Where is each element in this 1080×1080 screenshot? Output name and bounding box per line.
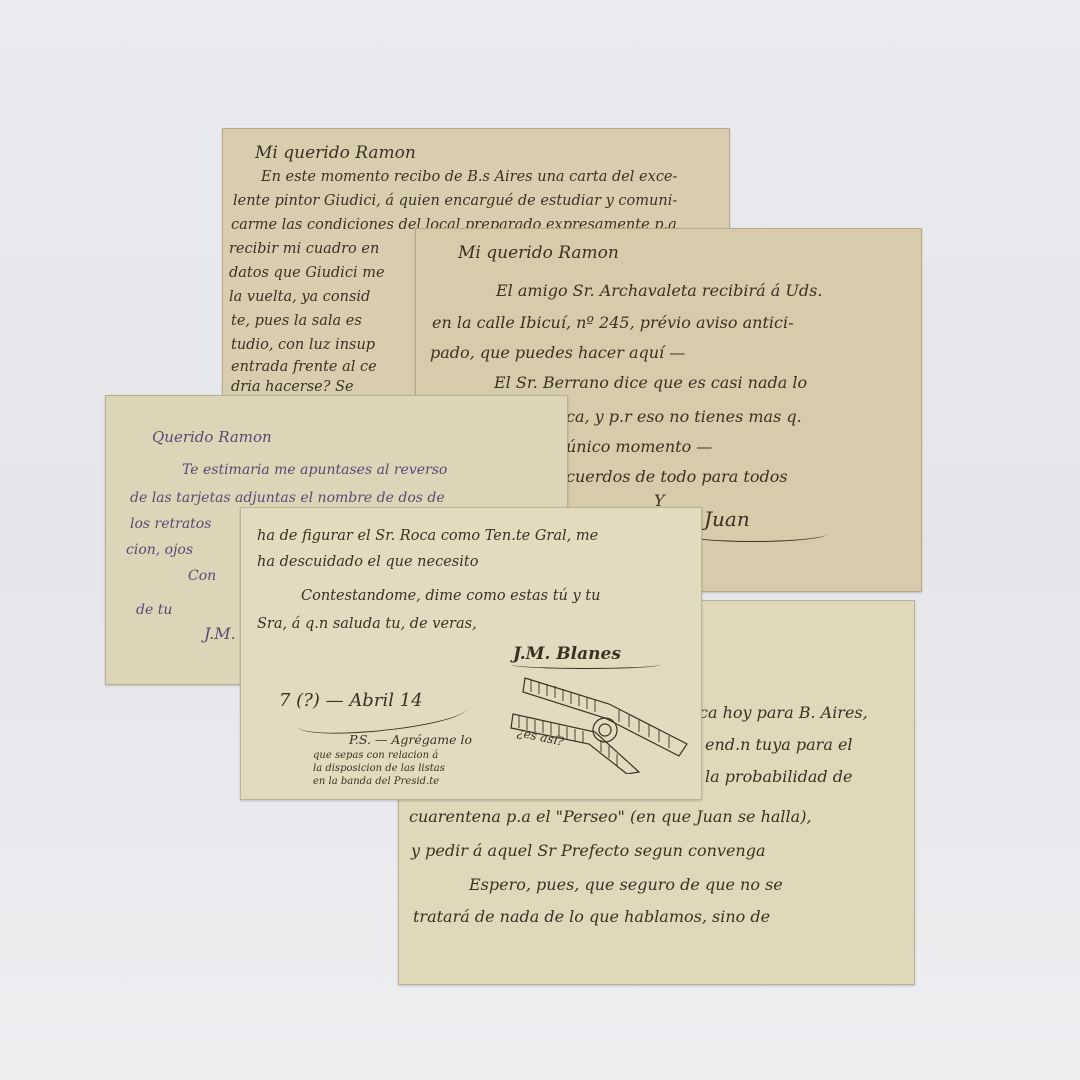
postscript-line: en la banda del Presid.te (313, 776, 439, 787)
text-line: recibir mi cuadro en (229, 241, 379, 257)
text-line: pado, que puedes hacer aquí — (430, 343, 685, 362)
signature: J.M. (204, 624, 236, 643)
text-line: en la calle Ibicuí, nº 245, prévio aviso… (432, 313, 793, 332)
text-line: datos que Giudici me (229, 265, 385, 281)
text-line: ca, y p.r eso no tienes mas q. (566, 407, 802, 426)
text-line: y pedir á aquel Sr Prefecto segun conven… (411, 841, 766, 860)
text-line: cuerdos de todo para todos (566, 467, 788, 486)
salutation: Mi querido Ramon (255, 143, 416, 163)
text-line: Contestandome, dime como estas tú y tu (301, 588, 600, 604)
text-line: entrada frente al ce (231, 359, 377, 375)
text-line: te, pues la sala es (231, 313, 362, 329)
salutation: Mi querido Ramon (458, 243, 619, 263)
text-line: En este momento recibo de B.s Aires una … (261, 169, 677, 185)
text-line: de tu (136, 602, 172, 618)
text-line: de las tarjetas adjuntas el nombre de do… (130, 490, 445, 506)
text-line: El amigo Sr. Archavaleta recibirá á Uds. (496, 281, 822, 300)
signature-underline (511, 660, 661, 669)
text-line: tratará de nada de lo que hablamos, sino… (413, 907, 770, 926)
letter-card-d: ha de figurar el Sr. Roca como Ten.te Gr… (240, 507, 702, 800)
text-line: tudio, con luz insup (231, 337, 375, 353)
salutation: Querido Ramon (152, 428, 272, 446)
text-line: end.n tuya para el (705, 735, 853, 754)
text-line: ha de figurar el Sr. Roca como Ten.te Gr… (257, 528, 598, 544)
text-line: ha descuidado el que necesito (257, 554, 478, 570)
text-line: Sra, á q.n saluda tu, de veras, (257, 616, 477, 632)
text-line: Con (188, 568, 216, 584)
postscript-line: que sepas con relacion á (313, 750, 438, 761)
text-line: la probabilidad de (705, 767, 852, 786)
text-line: la vuelta, ya consid (229, 289, 370, 305)
text-line: dria hacerse? Se (231, 379, 354, 395)
sash-sketch-icon (509, 674, 689, 774)
text-line: ca hoy para B. Aires, (699, 703, 868, 722)
text-line: cuarentena p.a el "Perseo" (en que Juan … (409, 807, 812, 826)
text-line: único momento — (566, 437, 712, 456)
postscript-line: P.S. — Agrégame lo (349, 732, 472, 747)
postscript-line: la disposicion de las listas (313, 763, 445, 774)
text-line: Espero, pues, que seguro de que no se (469, 875, 783, 894)
text-line: cion, ojos (126, 542, 193, 558)
text-line: lente pintor Giudici, á quien encargué d… (233, 193, 677, 209)
text-line: Te estimaria me apuntases al reverso (182, 462, 447, 478)
text-line: El Sr. Berrano dice que es casi nada lo (494, 373, 807, 392)
text-line: los retratos (130, 516, 211, 532)
